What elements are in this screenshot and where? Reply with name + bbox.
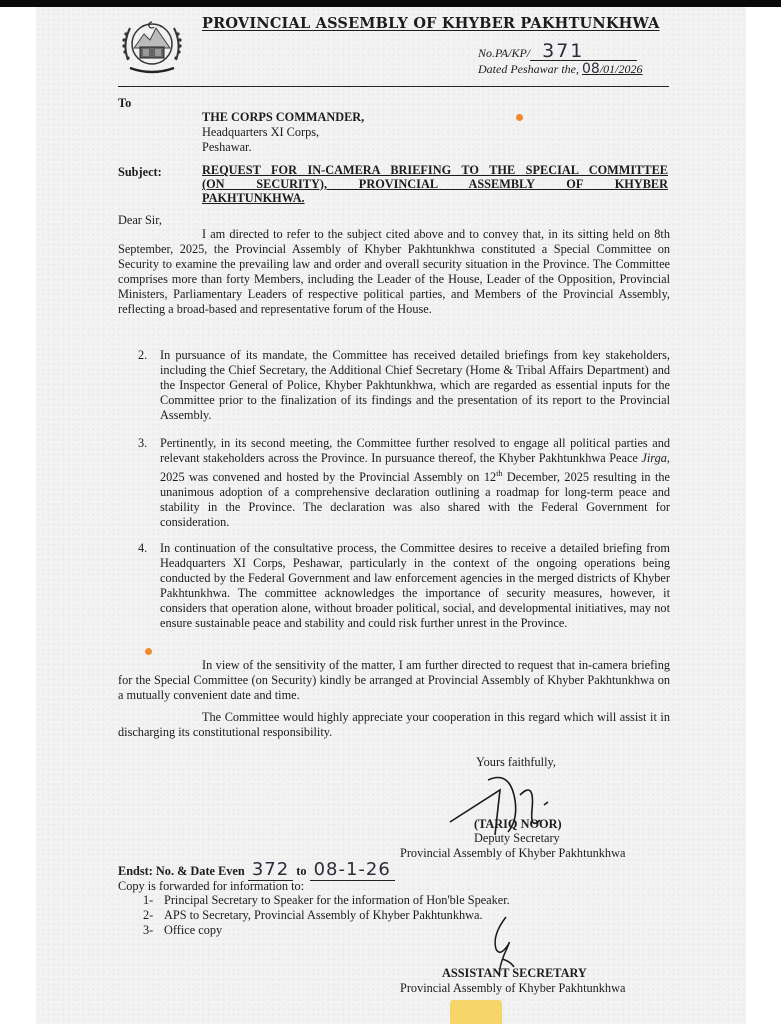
text-run-italic: Jirga [641, 451, 667, 465]
assistant-secretary-title: ASSISTANT SECRETARY [442, 966, 587, 981]
addressee-block: THE CORPS COMMANDER, Headquarters XI Cor… [202, 110, 364, 155]
addressee-line: Peshawar. [202, 140, 364, 155]
endorsement-label: Endst: No. & Date Even [118, 864, 245, 878]
reference-label: No.PA/KP/ [478, 46, 530, 60]
header-divider [118, 86, 669, 87]
paragraph-text: In continuation of the consultative proc… [160, 541, 670, 631]
paragraph-number: 4. [138, 541, 147, 556]
paragraph-2: 2. In pursuance of its mandate, the Comm… [138, 348, 670, 423]
top-black-bar [0, 0, 781, 7]
addressee-line: THE CORPS COMMANDER, [202, 110, 364, 125]
paragraph-number: 2. [138, 348, 147, 363]
recipient-item: 2-APS to Secretary, Provincial Assembly … [143, 908, 510, 923]
orange-marker-dot [145, 648, 152, 655]
recipient-index: 1- [143, 893, 164, 908]
paragraph-4: 4. In continuation of the consultative p… [138, 541, 670, 631]
salutation: Dear Sir, [118, 213, 162, 228]
recipient-index: 3- [143, 923, 164, 938]
endorsement-line: Endst: No. & Date Even 372 to 08-1-26 [118, 862, 395, 879]
signatory-organization: Provincial Assembly of Khyber Pakhtunkhw… [400, 846, 625, 861]
signatory-designation: Deputy Secretary [474, 831, 560, 846]
subject-line: (ON SECURITY), PROVINCIAL ASSEMBLY OF KH… [202, 177, 668, 191]
signatory-name: (TARIQ NOOR) [474, 817, 562, 832]
date-month-year: /01/2026 [600, 62, 643, 76]
to-label: To [118, 96, 131, 111]
paragraph-1: I am directed to refer to the subject ci… [118, 227, 670, 317]
subject-line: REQUEST FOR IN-CAMERA BRIEFING TO THE SP… [202, 163, 668, 177]
endorsement-to: to [296, 864, 306, 878]
paragraph-text: Pertinently, in its second meeting, the … [160, 436, 670, 530]
paragraph-3: 3. Pertinently, in its second meeting, t… [138, 436, 670, 530]
recipient-item: 3-Office copy [143, 923, 510, 938]
dated-label: Dated Peshawar the, [478, 62, 579, 76]
recipient-item: 1-Principal Secretary to Speaker for the… [143, 893, 510, 908]
yellow-sticky-note [450, 1000, 502, 1024]
assistant-secretary-organization: Provincial Assembly of Khyber Pakhtunkhw… [400, 981, 625, 996]
addressee-line: Headquarters XI Corps, [202, 125, 364, 140]
paragraph-number: 3. [138, 436, 147, 451]
subject-text: REQUEST FOR IN-CAMERA BRIEFING TO THE SP… [202, 163, 668, 205]
copy-forwarded-line: Copy is forwarded for information to: [118, 879, 304, 894]
recipient-text: Principal Secretary to Speaker for the i… [164, 893, 510, 907]
organization-title: PROVINCIAL ASSEMBLY OF KHYBER PAKHTUNKHW… [202, 15, 660, 32]
provincial-assembly-emblem-icon [118, 14, 186, 76]
text-run: Pertinently, in its second meeting, the … [160, 436, 670, 465]
orange-marker-dot [516, 114, 523, 121]
copy-recipients-list: 1-Principal Secretary to Speaker for the… [143, 893, 510, 938]
dated-line: Dated Peshawar the, 08/01/2026 [478, 61, 643, 77]
paragraph-6: The Committee would highly appreciate yo… [118, 710, 670, 740]
recipient-index: 2- [143, 908, 164, 923]
paragraph-5: In view of the sensitivity of the matter… [118, 658, 670, 703]
endorsement-number-handwritten: 372 [248, 859, 293, 881]
subject-label: Subject: [118, 165, 162, 180]
recipient-text: APS to Secretary, Provincial Assembly of… [164, 908, 483, 922]
paragraph-text: In pursuance of its mandate, the Committ… [160, 348, 670, 423]
reference-number-handwritten: 371 [530, 42, 637, 61]
subject-line: PAKHTUNKHWA. [202, 191, 668, 205]
recipient-text: Office copy [164, 923, 222, 937]
reference-number: No.PA/KP/371 [478, 42, 637, 61]
date-day-handwritten: 08 [582, 61, 600, 77]
endorsement-date-handwritten: 08-1-26 [310, 859, 395, 881]
